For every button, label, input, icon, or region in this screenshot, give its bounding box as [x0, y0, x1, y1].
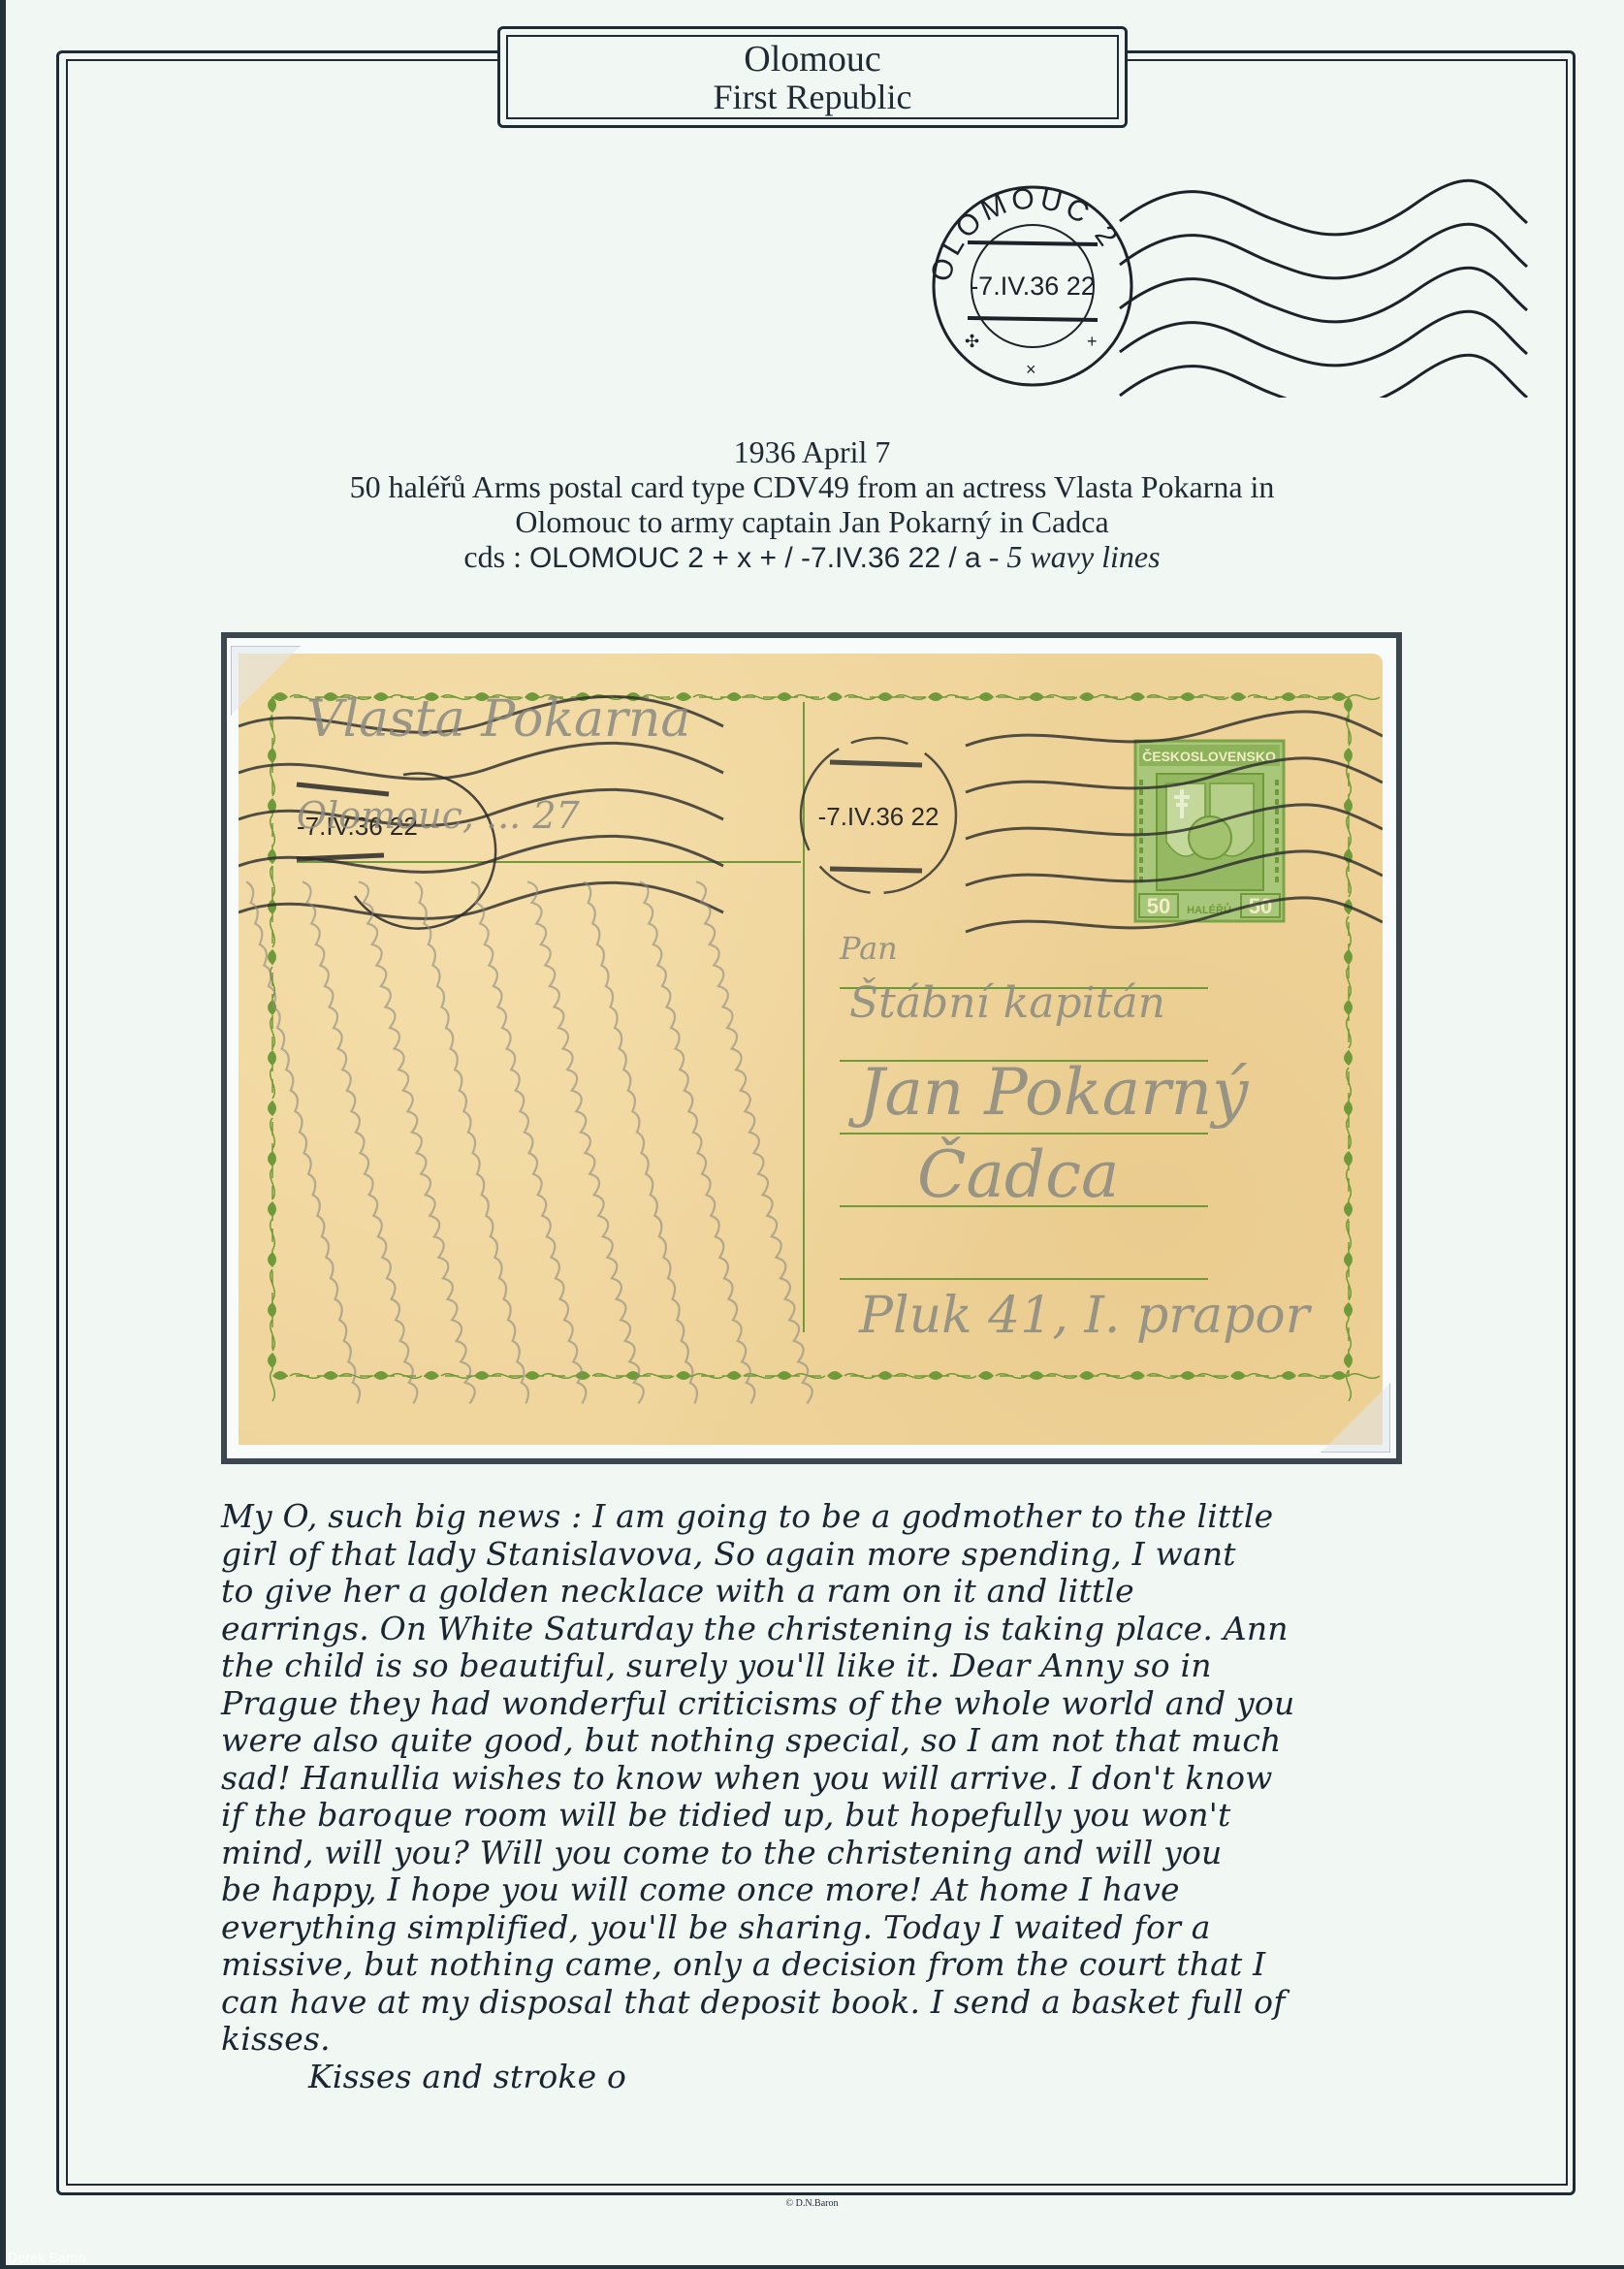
translation-closing: Kisses and stroke o — [221, 2059, 1414, 2096]
translation-line: be happy, I hope you will come once more… — [221, 1871, 1414, 1909]
caption-description-2: Olomouc to army captain Jan Pokarný in C… — [194, 504, 1430, 539]
stamp-value-left: 50 — [1147, 894, 1170, 918]
translation-line: missive, but nothing came, only a decisi… — [221, 1946, 1414, 1984]
cds-ring-text: OLOMOUC 2 — [925, 182, 1126, 284]
title-box-inner: Olomouc First Republic — [506, 35, 1119, 119]
copyright: © D.N.Baron — [0, 2198, 1624, 2209]
address-line-4: Čadca — [917, 1137, 1119, 1212]
translation-line: sad! Hanullia wishes to know when you wi… — [221, 1760, 1414, 1798]
scan-edge-left — [0, 0, 6, 2269]
card-postmark-2-date: -7.IV.36 22 — [818, 802, 939, 831]
postal-card: ČESKOSLOVENSKO 50 50 HALÉŘŮ -7.IV.36 22 — [239, 654, 1383, 1445]
cds-date-text: -7.IV.36 22 — [970, 272, 1096, 301]
cds-text: OLOMOUC 2 + x + / -7.IV.36 22 / a — [529, 542, 981, 574]
translation-line: everything simplified, you'll be sharing… — [221, 1909, 1414, 1947]
arms-stamp-icon: ČESKOSLOVENSKO 50 50 HALÉŘŮ — [1135, 741, 1284, 921]
translation-line: Prague they had wonderful criticisms of … — [221, 1685, 1414, 1723]
translation-line: kisses. — [221, 2021, 1414, 2059]
stamp-country: ČESKOSLOVENSKO — [1142, 748, 1276, 764]
translation-line: if the baroque room will be tidied up, b… — [221, 1797, 1414, 1835]
translation-line: the child is so beautiful, surely you'll… — [221, 1647, 1414, 1685]
address-line-2: Štábní kapitán — [849, 976, 1165, 1028]
sender-name: Vlasta Pokarna — [306, 690, 690, 749]
wavy-lines-icon — [1120, 180, 1527, 398]
caption: 1936 April 7 50 haléřů Arms postal card … — [194, 434, 1430, 576]
svg-text:+: + — [1087, 332, 1098, 351]
translation-line: were also quite good, but nothing specia… — [221, 1722, 1414, 1760]
svg-text:OLOMOUC 2: OLOMOUC 2 — [925, 182, 1126, 284]
watermark: Derek Baron — [8, 2252, 86, 2266]
address-line-3: Jan Pokarný — [847, 1055, 1249, 1130]
cds-wavy-lines: - 5 wavy lines — [981, 539, 1161, 574]
stamp-currency: HALÉŘŮ — [1187, 903, 1231, 916]
page-title: Olomouc — [744, 40, 880, 79]
handwritten-message-icon — [246, 880, 814, 1404]
translation-text: My O, such big news : I am going to be a… — [221, 1498, 1414, 2095]
translation-line: earrings. On White Saturday the christen… — [221, 1611, 1414, 1648]
translation-line: to give her a golden necklace with a ram… — [221, 1573, 1414, 1611]
scan-edge-bottom — [0, 2265, 1624, 2269]
caption-date: 1936 April 7 — [194, 434, 1430, 469]
translation-line: girl of that lady Stanislavova, So again… — [221, 1536, 1414, 1574]
translation-line: mind, will you? Will you come to the chr… — [221, 1835, 1414, 1872]
sender-address: Olomouc, ... 27 — [297, 794, 581, 837]
title-box: Olomouc First Republic — [497, 26, 1128, 128]
svg-text:×: × — [1026, 360, 1036, 379]
translation-line: can have at my disposal that deposit boo… — [221, 1984, 1414, 2022]
caption-cds: cds : OLOMOUC 2 + x + / -7.IV.36 22 / a … — [194, 539, 1430, 576]
address-line-1: Pan — [839, 930, 898, 967]
translation-line: My O, such big news : I am going to be a… — [221, 1498, 1414, 1536]
address-line-5: Pluk 41, I. prapor — [858, 1287, 1313, 1345]
postal-card-artwork: ČESKOSLOVENSKO 50 50 HALÉŘŮ -7.IV.36 22 — [239, 654, 1383, 1445]
svg-text:✣: ✣ — [965, 332, 979, 351]
page-subtitle: First Republic — [714, 79, 912, 115]
caption-description-1: 50 haléřů Arms postal card type CDV49 fr… — [194, 469, 1430, 504]
postmark-specimen: OLOMOUC 2 -7.IV.36 22 ✣ + × — [911, 175, 1532, 398]
